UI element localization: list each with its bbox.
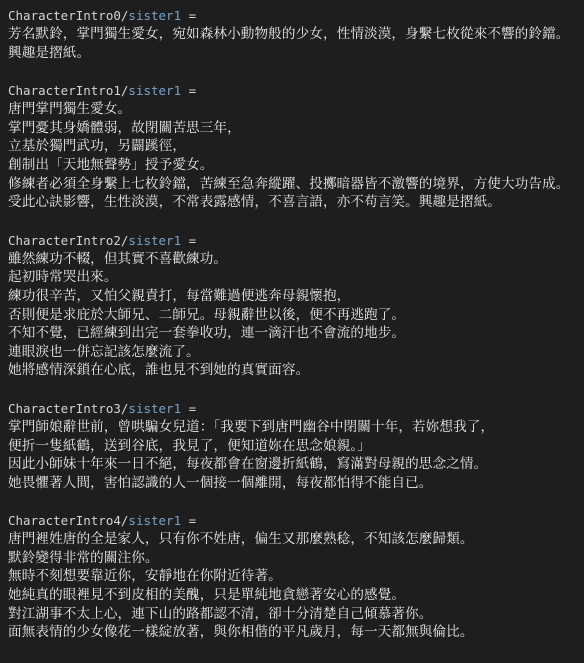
- entry-character-intro-1: CharacterIntro1/sister1 = 唐門掌門獨生愛女。 掌門憂其…: [8, 81, 584, 212]
- key-name: CharacterIntro4/: [8, 513, 128, 528]
- key-equals: =: [181, 83, 196, 98]
- key-sub: sister1: [128, 83, 181, 98]
- entry-key: CharacterIntro3/sister1 =: [8, 399, 584, 418]
- value-line: 立基於獨門武功，另闢蹊徑，: [8, 137, 584, 156]
- value-line: 她畏懼著人間，害怕認識的人一個接一個離開，每夜都怕得不能自已。: [8, 474, 584, 493]
- value-line: 她將感情深鎖在心底，誰也見不到她的真實面容。: [8, 361, 584, 380]
- value-line: 因此小師妹十年來一日不絕，每夜都會在窗邊折紙鶴，寫滿對母親的思念之情。: [8, 455, 584, 474]
- value-line: 唐門掌門獨生愛女。: [8, 100, 584, 119]
- key-sub: sister1: [128, 8, 181, 23]
- value-line: 對江湖事不太上心，連下山的路都認不清，卻十分清楚自己傾慕著你。: [8, 605, 584, 624]
- entry-key: CharacterIntro2/sister1 =: [8, 231, 584, 250]
- key-equals: =: [181, 513, 196, 528]
- key-sub: sister1: [128, 513, 181, 528]
- text-editor[interactable]: CharacterIntro0/sister1 = 芳名默鈴，掌門獨生愛女，宛如…: [0, 0, 584, 642]
- key-equals: =: [181, 233, 196, 248]
- key-name: CharacterIntro1/: [8, 83, 128, 98]
- entry-key: CharacterIntro4/sister1 =: [8, 511, 584, 530]
- value-line: 不知不覺，已經練到出完一套拳收功，連一滴汗也不會流的地步。: [8, 324, 584, 343]
- value-line: 否則便是求庇於大師兄、二師兄。母親辭世以後，便不再逃跑了。: [8, 306, 584, 325]
- value-line: 起初時常哭出來。: [8, 268, 584, 287]
- value-line: 面無表情的少女像花一樣綻放著，與你相偕的平凡歲月，每一天都無與倫比。: [8, 623, 584, 642]
- key-equals: =: [181, 401, 196, 416]
- value-line: 興趣是摺紙。: [8, 44, 584, 63]
- value-line: 她純真的眼裡見不到皮相的美醜，只是單純地貪戀著安心的感覺。: [8, 586, 584, 605]
- entry-character-intro-3: CharacterIntro3/sister1 = 掌門師娘辭世前，曾哄騙女兒道…: [8, 399, 584, 492]
- value-line: 受此心訣影響，生性淡漠，不常表露感情，不喜言語，亦不苟言笑。興趣是摺紙。: [8, 193, 584, 212]
- key-name: CharacterIntro0/: [8, 8, 128, 23]
- value-line: 修練者必須全身繫上七枚鈴鐺，苦練至急奔縱躍、投擲暗器皆不激響的境界，方使大功告成…: [8, 175, 584, 194]
- value-line: 便折一隻紙鶴，送到谷底，我見了，便知道妳在思念娘親。」: [8, 437, 584, 456]
- value-line: 創制出「天地無聲勢」授予愛女。: [8, 156, 584, 175]
- key-name: CharacterIntro3/: [8, 401, 128, 416]
- value-line: 唐門裡姓唐的全是家人，只有你不姓唐，偏生又那麼熟稔，不知該怎麼歸類。: [8, 530, 584, 549]
- entry-key: CharacterIntro0/sister1 =: [8, 6, 584, 25]
- value-line: 練功很辛苦，又怕父親責打，每當難過便逃奔母親懷抱，: [8, 287, 584, 306]
- value-line: 默鈴變得非常的關注你。: [8, 549, 584, 568]
- key-sub: sister1: [128, 401, 181, 416]
- key-name: CharacterIntro2/: [8, 233, 128, 248]
- value-line: 連眼淚也一併忘記該怎麼流了。: [8, 343, 584, 362]
- value-line: 無時不刻想要靠近你，安靜地在你附近待著。: [8, 567, 584, 586]
- value-line: 掌門師娘辭世前，曾哄騙女兒道：「我要下到唐門幽谷中閉關十年，若妳想我了，: [8, 418, 584, 437]
- key-sub: sister1: [128, 233, 181, 248]
- value-line: 掌門憂其身嬌體弱，故閉關苦思三年，: [8, 119, 584, 138]
- entry-character-intro-4: CharacterIntro4/sister1 = 唐門裡姓唐的全是家人，只有你…: [8, 511, 584, 642]
- value-line: 雖然練功不輟，但其實不喜歡練功。: [8, 250, 584, 269]
- entry-character-intro-0: CharacterIntro0/sister1 = 芳名默鈴，掌門獨生愛女，宛如…: [8, 6, 584, 62]
- entry-character-intro-2: CharacterIntro2/sister1 = 雖然練功不輟，但其實不喜歡練…: [8, 231, 584, 380]
- key-equals: =: [181, 8, 196, 23]
- value-line: 芳名默鈴，掌門獨生愛女，宛如森林小動物般的少女，性情淡漠，身繫七枚從來不響的鈴鐺…: [8, 25, 584, 44]
- entry-key: CharacterIntro1/sister1 =: [8, 81, 584, 100]
